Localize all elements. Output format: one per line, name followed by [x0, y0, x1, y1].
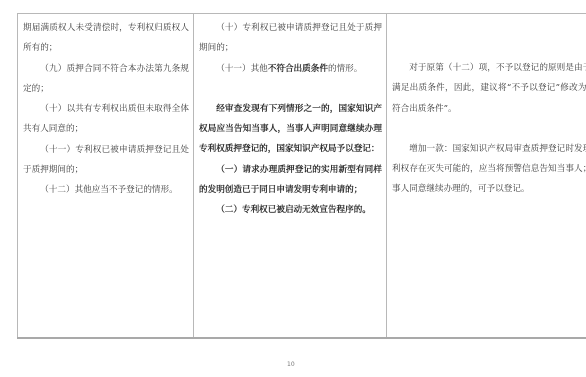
clause-text: 期届满质权人未受清偿时，专利权归质权人所有的；	[23, 18, 189, 59]
page-number: 10	[287, 361, 295, 368]
comparison-table: 期届满质权人未受清偿时，专利权归质权人所有的； （九）质押合同不符合本办法第九条…	[17, 13, 586, 339]
clause-10: （十）以共有专利权出质但未取得全体共有人同意的；	[23, 99, 189, 140]
new-paragraph: 经审查发现有下列情形之一的，国家知识产权局应当告知当事人，当事人声明同意继续办理…	[199, 99, 382, 160]
clause-9: （九）质押合同不符合本办法第九条规定的；	[23, 59, 189, 100]
clause-12: （十二）其他应当不予登记的情形。	[23, 180, 189, 200]
revised-text-cell: （十）专利权已被申请质押登记且处于质押期间的； （十一）其他不符合出质条件的情形…	[194, 14, 387, 339]
clause-prefix: （十一）其他	[216, 64, 268, 74]
explanation-1: 对于原第（十二）项，不予以登记的原则是由于不满足出质条件，因此，建议将“不予以登…	[392, 58, 586, 119]
spacer	[199, 79, 382, 99]
spacer	[392, 119, 586, 139]
explanation-2: 增加一款：国家知识产权局审查质押登记时发现专利权存在灭失可能的，应当将预警信息告…	[392, 139, 586, 200]
clause-11: （十一）专利权已被申请质押登记且处于质押期间的；	[23, 140, 189, 181]
bold-change: 不符合出质条件	[268, 64, 328, 74]
document-page: 期届满质权人未受清偿时，专利权归质权人所有的； （九）质押合同不符合本办法第九条…	[0, 0, 586, 377]
revised-clause-10: （十）专利权已被申请质押登记且处于质押期间的；	[199, 18, 382, 59]
revised-clause-11: （十一）其他不符合出质条件的情形。	[199, 59, 382, 79]
new-item-1: （一）请求办理质押登记的实用新型有同样的发明创造已于同日申请发明专利申请的；	[199, 160, 382, 201]
spacer	[392, 18, 586, 38]
explanation-cell: 对于原第（十二）项，不予以登记的原则是由于不满足出质条件，因此，建议将“不予以登…	[387, 14, 586, 339]
new-item-2: （二）专利权已被启动无效宣告程序的。	[199, 200, 382, 220]
clause-suffix: 的情形。	[328, 64, 362, 74]
original-text-cell: 期届满质权人未受清偿时，专利权归质权人所有的； （九）质押合同不符合本办法第九条…	[18, 14, 194, 339]
spacer	[392, 38, 586, 58]
table-row: 期届满质权人未受清偿时，专利权归质权人所有的； （九）质押合同不符合本办法第九条…	[18, 14, 586, 339]
